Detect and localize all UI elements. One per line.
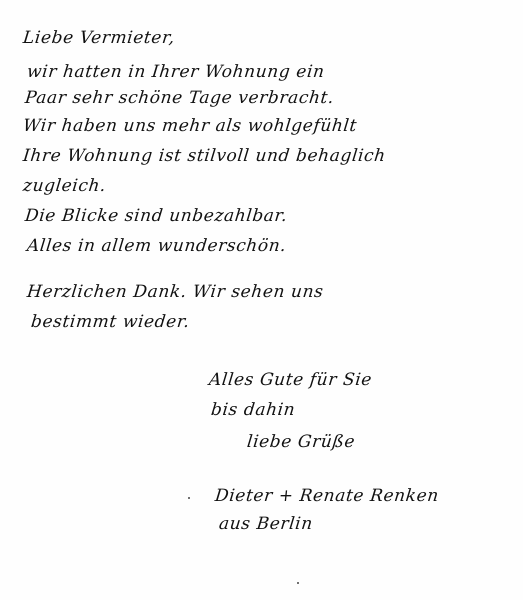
body-line: Alles in allem wunderschön. [26, 236, 287, 256]
body-line: zugleich. [22, 176, 107, 196]
paper-speck [188, 497, 190, 499]
body-line: Paar sehr schöne Tage verbracht. [24, 88, 335, 108]
body-line: bestimmt wieder. [30, 312, 191, 332]
body-line: Herzlichen Dank. Wir sehen uns [26, 282, 325, 302]
handwritten-letter: Liebe Vermieter, wir hatten in Ihrer Woh… [0, 0, 523, 600]
body-line: Ihre Wohnung ist stilvoll und behaglich [22, 146, 387, 166]
paper-speck [297, 582, 299, 584]
closing-line: Alles Gute für Sie [208, 370, 373, 390]
body-line: Die Blicke sind unbezahlbar. [24, 206, 288, 226]
closing-line: bis dahin [210, 400, 296, 420]
salutation: Liebe Vermieter, [22, 28, 176, 48]
signature-origin: aus Berlin [218, 514, 314, 534]
signature-names: Dieter + Renate Renken [214, 486, 440, 506]
body-line: Wir haben uns mehr als wohlgefühlt [22, 116, 358, 136]
closing-line: liebe Grüße [246, 432, 356, 452]
body-line: wir hatten in Ihrer Wohnung ein [26, 62, 326, 82]
